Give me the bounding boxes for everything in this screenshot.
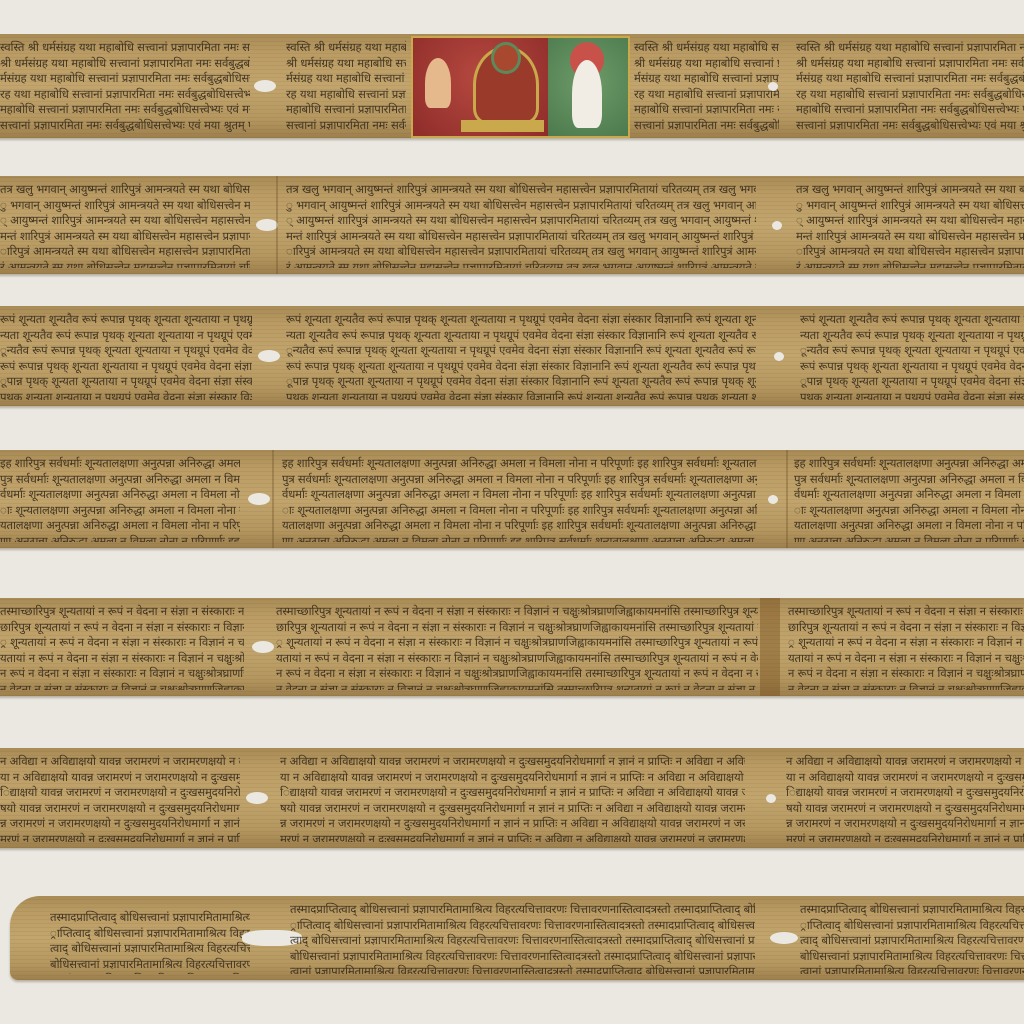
string-hole (254, 80, 276, 92)
column-divider (786, 450, 788, 548)
folio-4: इह शारिपुत्र सर्वधर्माः शून्यतालक्षणा अन… (0, 450, 1024, 548)
buddha-panel (413, 38, 548, 136)
string-hole (772, 221, 782, 230)
folio-6-right-column: न अविद्या न अविद्याक्षयो यावन्न जरामरणं … (786, 754, 1024, 842)
column-divider-dark (760, 598, 780, 696)
folio-4-center-column: इह शारिपुत्र सर्वधर्माः शून्यतालक्षणा अन… (282, 456, 757, 542)
folio-3-center-column: रूपं शून्यता शून्यतैव रूपं रूपान्न पृथक्… (286, 312, 756, 400)
folio-1-right-column-a: स्वस्ति श्री धर्मसंग्रह यथा महाबोधि सत्त… (634, 40, 779, 132)
folio-5-left-column: तस्माच्छारिपुत्र शून्यतायां न रूपं न वेद… (0, 604, 244, 690)
folio-1-right-column-b: स्वस्ति श्री धर्मसंग्रह यथा महाबोधि सत्त… (796, 40, 1024, 132)
string-hole (770, 932, 798, 944)
folio-7-center-column: तस्मादप्राप्तित्वाद् बोधिसत्त्वानां प्रज… (290, 902, 755, 974)
string-hole (768, 495, 778, 504)
folio-5-center-column: तस्माच्छारिपुत्र शून्यतायां न रूपं न वेद… (276, 604, 758, 690)
folio-4-right-column: इह शारिपुत्र सर्वधर्माः शून्यतालक्षणा अन… (794, 456, 1024, 542)
folio-4-left-column: इह शारिपुत्र सर्वधर्माः शून्यतालक्षणा अन… (0, 456, 240, 542)
string-hole (252, 641, 274, 653)
folio-2-left-column: तत्र खलु भगवान् आयुष्मन्तं शारिपुत्रं आम… (0, 182, 250, 268)
folio-1-left-column: स्वस्ति श्री धर्मसंग्रह यथा महाबोधि सत्त… (0, 40, 250, 132)
string-hole (256, 219, 278, 231)
column-divider (276, 176, 278, 274)
folio-5-right-column: तस्माच्छारिपुत्र शून्यतायां न रूपं न वेद… (788, 604, 1024, 690)
folio-1-center-column: स्वस्ति श्री धर्मसंग्रह यथा महाबोधि सत्त… (286, 40, 406, 132)
string-hole (246, 792, 268, 804)
folio-5: तस्माच्छारिपुत्र शून्यतायां न रूपं न वेद… (0, 598, 1024, 696)
throne-base (461, 120, 544, 132)
folio-2: तत्र खलु भगवान् आयुष्मन्तं शारिपुत्रं आम… (0, 176, 1024, 274)
string-hole (774, 352, 784, 361)
folio-3-left-column: रूपं शून्यता शून्यतैव रूपं रूपान्न पृथक्… (0, 312, 252, 400)
folio-7-left-column: तस्मादप्राप्तित्वाद् बोधिसत्त्वानां प्रज… (50, 910, 250, 974)
folio-3: रूपं शून्यता शून्यतैव रूपं रूपान्न पृथक्… (0, 306, 1024, 406)
folio-6-center-column: न अविद्या न अविद्याक्षयो यावन्न जरामरणं … (280, 754, 745, 842)
string-hole (768, 82, 778, 91)
white-deity-figure (572, 60, 602, 128)
folio-6-left-column: न अविद्या न अविद्याक्षयो यावन्न जरामरणं … (0, 754, 240, 842)
folio-2-right-column: तत्र खलु भगवान् आयुष्मन्तं शारिपुत्रं आम… (796, 182, 1024, 268)
column-divider (272, 450, 274, 548)
folio-7: तस्मादप्राप्तित्वाद् बोधिसत्त्वानां प्रज… (10, 896, 1024, 980)
string-hole (248, 493, 270, 505)
folio-3-right-column: रूपं शून्यता शून्यतैव रूपं रूपान्न पृथक्… (800, 312, 1024, 400)
illuminated-miniature (411, 36, 630, 138)
deity-panel (548, 38, 628, 136)
folio-2-center-column: तत्र खलु भगवान् आयुष्मन्तं शारिपुत्रं आम… (286, 182, 756, 268)
string-hole (766, 794, 776, 803)
attendant-figure (425, 58, 451, 108)
folio-6: न अविद्या न अविद्याक्षयो यावन्न जरामरणं … (0, 748, 1024, 848)
string-hole (258, 350, 280, 362)
folio-7-right-column: तस्मादप्राप्तित्वाद् बोधिसत्त्वानां प्रज… (800, 902, 1024, 974)
buddha-head (491, 42, 521, 74)
